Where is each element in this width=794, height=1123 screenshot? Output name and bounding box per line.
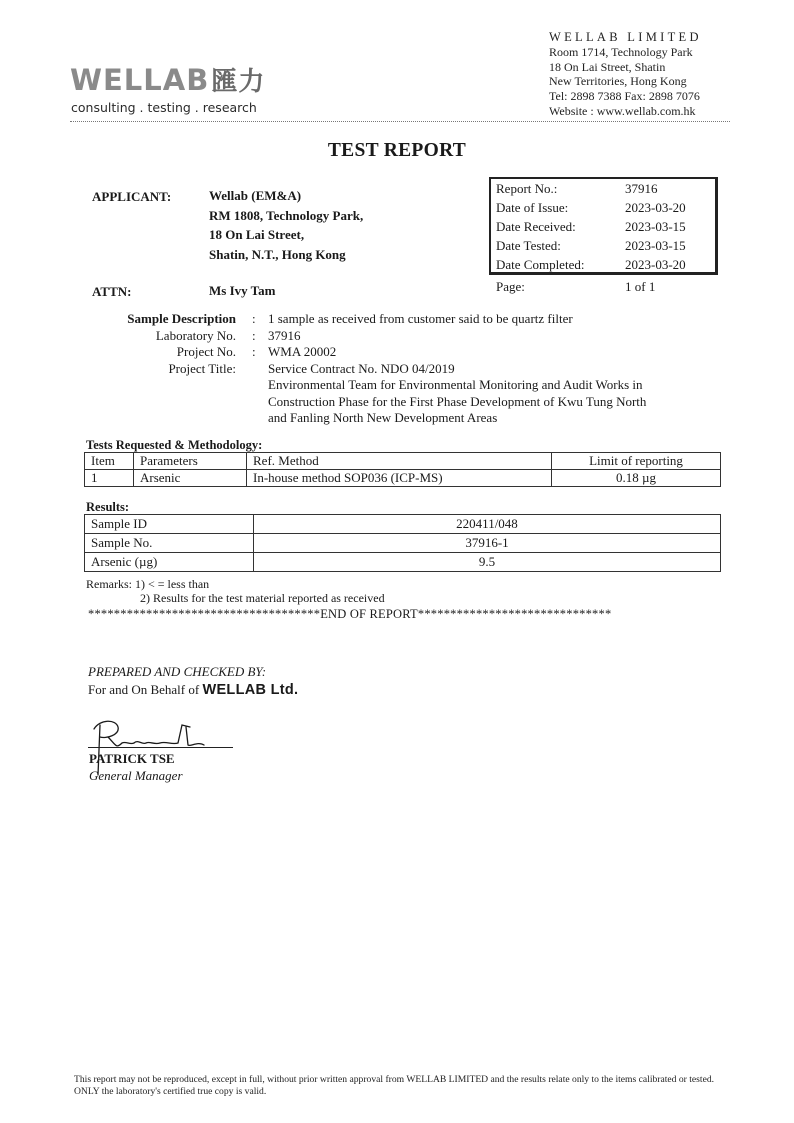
table-header-row: Item Parameters Ref. Method Limit of rep… bbox=[85, 453, 721, 470]
page-value: 1 of 1 bbox=[625, 279, 655, 295]
applicant-line: 18 On Lai Street, bbox=[209, 225, 363, 245]
date-tested-value: 2023-03-15 bbox=[625, 238, 686, 254]
arsenic-label: Arsenic (µg) bbox=[85, 553, 254, 572]
remarks: Remarks: 1) < = less than 2) Results for… bbox=[86, 577, 385, 605]
table-row: Sample No. 37916-1 bbox=[85, 534, 721, 553]
project-title-line: Service Contract No. NDO 04/2019 bbox=[268, 361, 718, 378]
wellab-logo: WELLAB匯力 bbox=[70, 66, 265, 95]
date-completed-label: Date Completed: bbox=[496, 257, 584, 273]
signature-line bbox=[88, 747, 233, 748]
sample-description-label: Sample Description bbox=[100, 311, 236, 328]
results-table: Sample ID 220411/048 Sample No. 37916-1 … bbox=[84, 514, 721, 572]
arsenic-value: 9.5 bbox=[254, 553, 721, 572]
tests-section-title: Tests Requested & Methodology: bbox=[86, 438, 262, 453]
sample-description-value: 1 sample as received from customer said … bbox=[268, 311, 718, 328]
logo-brand: WELLAB bbox=[70, 63, 209, 97]
project-no-label: Project No. bbox=[100, 344, 236, 361]
attn-label: ATTN: bbox=[92, 284, 131, 300]
applicant-address: Wellab (EM&A) RM 1808, Technology Park, … bbox=[209, 186, 363, 264]
laboratory-no-value: 37916 bbox=[268, 328, 718, 345]
header-limit-of-reporting: Limit of reporting bbox=[552, 453, 721, 470]
applicant-label: APPLICANT: bbox=[92, 189, 171, 205]
behalf-company: WELLAB Ltd. bbox=[202, 682, 298, 698]
sample-id-value: 220411/048 bbox=[254, 515, 721, 534]
header-ref-method: Ref. Method bbox=[247, 453, 552, 470]
date-of-issue-label: Date of Issue: bbox=[496, 200, 568, 216]
report-no-label: Report No.: bbox=[496, 181, 557, 197]
table-row: Sample ID 220411/048 bbox=[85, 515, 721, 534]
cell-limit: 0.18 µg bbox=[552, 470, 721, 487]
address-line: Room 1714, Technology Park bbox=[549, 45, 702, 60]
website-line: Website : www.wellab.com.hk bbox=[549, 104, 702, 119]
sample-no-label: Sample No. bbox=[85, 534, 254, 553]
date-received-label: Date Received: bbox=[496, 219, 576, 235]
contact-line: Tel: 2898 7388 Fax: 2898 7076 bbox=[549, 89, 702, 104]
tests-table: Item Parameters Ref. Method Limit of rep… bbox=[84, 452, 721, 487]
footer-disclaimer: This report may not be reproduced, excep… bbox=[74, 1074, 734, 1098]
header-item: Item bbox=[85, 453, 134, 470]
table-row: Arsenic (µg) 9.5 bbox=[85, 553, 721, 572]
sample-id-label: Sample ID bbox=[85, 515, 254, 534]
sample-values: 1 sample as received from customer said … bbox=[268, 311, 718, 427]
cell-ref-method: In-house method SOP036 (ICP-MS) bbox=[247, 470, 552, 487]
project-no-value: WMA 20002 bbox=[268, 344, 718, 361]
sample-labels: Sample Description Laboratory No. Projec… bbox=[100, 311, 236, 377]
project-title-line: Environmental Team for Environmental Mon… bbox=[268, 377, 718, 394]
company-name: WELLAB LIMITED bbox=[549, 30, 702, 45]
attn-value: Ms Ivy Tam bbox=[209, 283, 275, 299]
logo-brand-cjk: 匯力 bbox=[211, 67, 265, 97]
page-label: Page: bbox=[496, 279, 525, 295]
date-completed-value: 2023-03-20 bbox=[625, 257, 686, 273]
applicant-line: Wellab (EM&A) bbox=[209, 186, 363, 206]
header-parameters: Parameters bbox=[134, 453, 247, 470]
colon: : bbox=[252, 344, 256, 361]
signer-title: General Manager bbox=[89, 768, 183, 784]
project-title-line: Construction Phase for the First Phase D… bbox=[268, 394, 718, 411]
prepared-label: PREPARED AND CHECKED BY: bbox=[88, 664, 266, 680]
header-divider bbox=[70, 121, 730, 122]
date-received-value: 2023-03-15 bbox=[625, 219, 686, 235]
address-line: New Territories, Hong Kong bbox=[549, 74, 702, 89]
remark-1: Remarks: 1) < = less than bbox=[86, 577, 385, 591]
laboratory-no-label: Laboratory No. bbox=[100, 328, 236, 345]
date-of-issue-value: 2023-03-20 bbox=[625, 200, 686, 216]
logo-tagline: consulting . testing . research bbox=[71, 100, 257, 115]
table-row: 1 Arsenic In-house method SOP036 (ICP-MS… bbox=[85, 470, 721, 487]
signer-name: PATRICK TSE bbox=[89, 751, 175, 767]
remark-2: 2) Results for the test material reporte… bbox=[86, 591, 385, 605]
end-of-report-line: ************************************END … bbox=[88, 607, 611, 622]
address-line: 18 On Lai Street, Shatin bbox=[549, 60, 702, 75]
results-section-title: Results: bbox=[86, 500, 129, 515]
on-behalf-line: For and On Behalf of WELLAB Ltd. bbox=[88, 682, 298, 698]
applicant-line: Shatin, N.T., Hong Kong bbox=[209, 245, 363, 265]
date-tested-label: Date Tested: bbox=[496, 238, 561, 254]
company-address-block: WELLAB LIMITED Room 1714, Technology Par… bbox=[549, 30, 702, 119]
behalf-prefix: For and On Behalf of bbox=[88, 682, 202, 697]
cell-item: 1 bbox=[85, 470, 134, 487]
applicant-line: RM 1808, Technology Park, bbox=[209, 206, 363, 226]
cell-parameter: Arsenic bbox=[134, 470, 247, 487]
colon: : bbox=[252, 328, 256, 345]
document-title: TEST REPORT bbox=[0, 140, 794, 162]
project-title-line: and Fanling North New Development Areas bbox=[268, 410, 718, 427]
project-title-label: Project Title: bbox=[100, 361, 236, 378]
colon: : bbox=[252, 311, 256, 328]
report-no-value: 37916 bbox=[625, 181, 658, 197]
sample-colons: : : : bbox=[252, 311, 256, 361]
sample-no-value: 37916-1 bbox=[254, 534, 721, 553]
